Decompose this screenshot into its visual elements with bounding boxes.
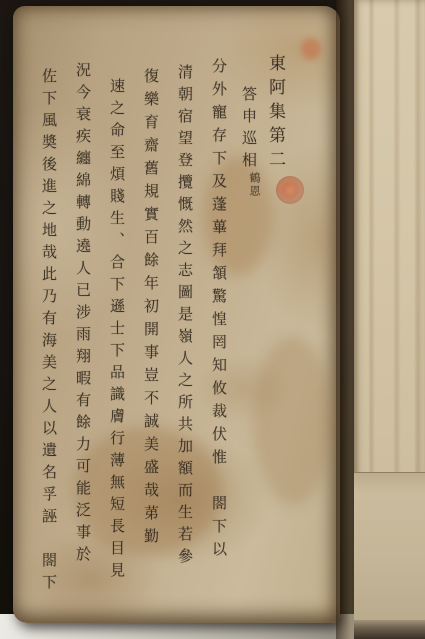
manuscript-page: 東阿集第二 答申巡相 鶴恩 分外寵存下及蓬蓽拜頷驚惶罔知攸裁伏惟 閤下以 清朝宿… (13, 6, 340, 623)
collection-title-column: 東阿集第二 (263, 54, 288, 174)
red-seal-stamp (276, 176, 304, 204)
page-stack-bottom-shadow (354, 620, 425, 639)
manuscript-photo: 東阿集第二 答申巡相 鶴恩 分外寵存下及蓬蓽拜頷驚惶罔知攸裁伏惟 閤下以 清朝宿… (0, 0, 425, 639)
body-column: 分外寵存下及蓬蓽拜頷驚惶罔知攸裁伏惟 閤下以 (209, 58, 230, 564)
red-ink-smudge (301, 38, 321, 60)
body-column: 況今衰疾纏綿轉動遶人已涉雨翔暇有餘力可能泛事於 (73, 62, 94, 568)
body-column: 清朝宿望登攬慨然之志圖是嶺人之所共加額而生若參 (175, 64, 196, 570)
letter-title-column: 答申巡相 (239, 86, 260, 174)
body-column: 佐下風奬後進之地哉此乃有海美之人以遺名孚誣 閤下 (39, 68, 60, 596)
body-column: 復樂育齋舊規實百餘年初開事豈不誠美盛哉苐勤 (141, 68, 162, 551)
page-stack-edge (354, 472, 425, 621)
letter-title-small-column: 鶴恩 (246, 172, 262, 198)
water-stain (253, 336, 333, 506)
body-column: 速之命至煩賤生、合下遜士下品識膚行薄無短長目見 (107, 78, 128, 584)
